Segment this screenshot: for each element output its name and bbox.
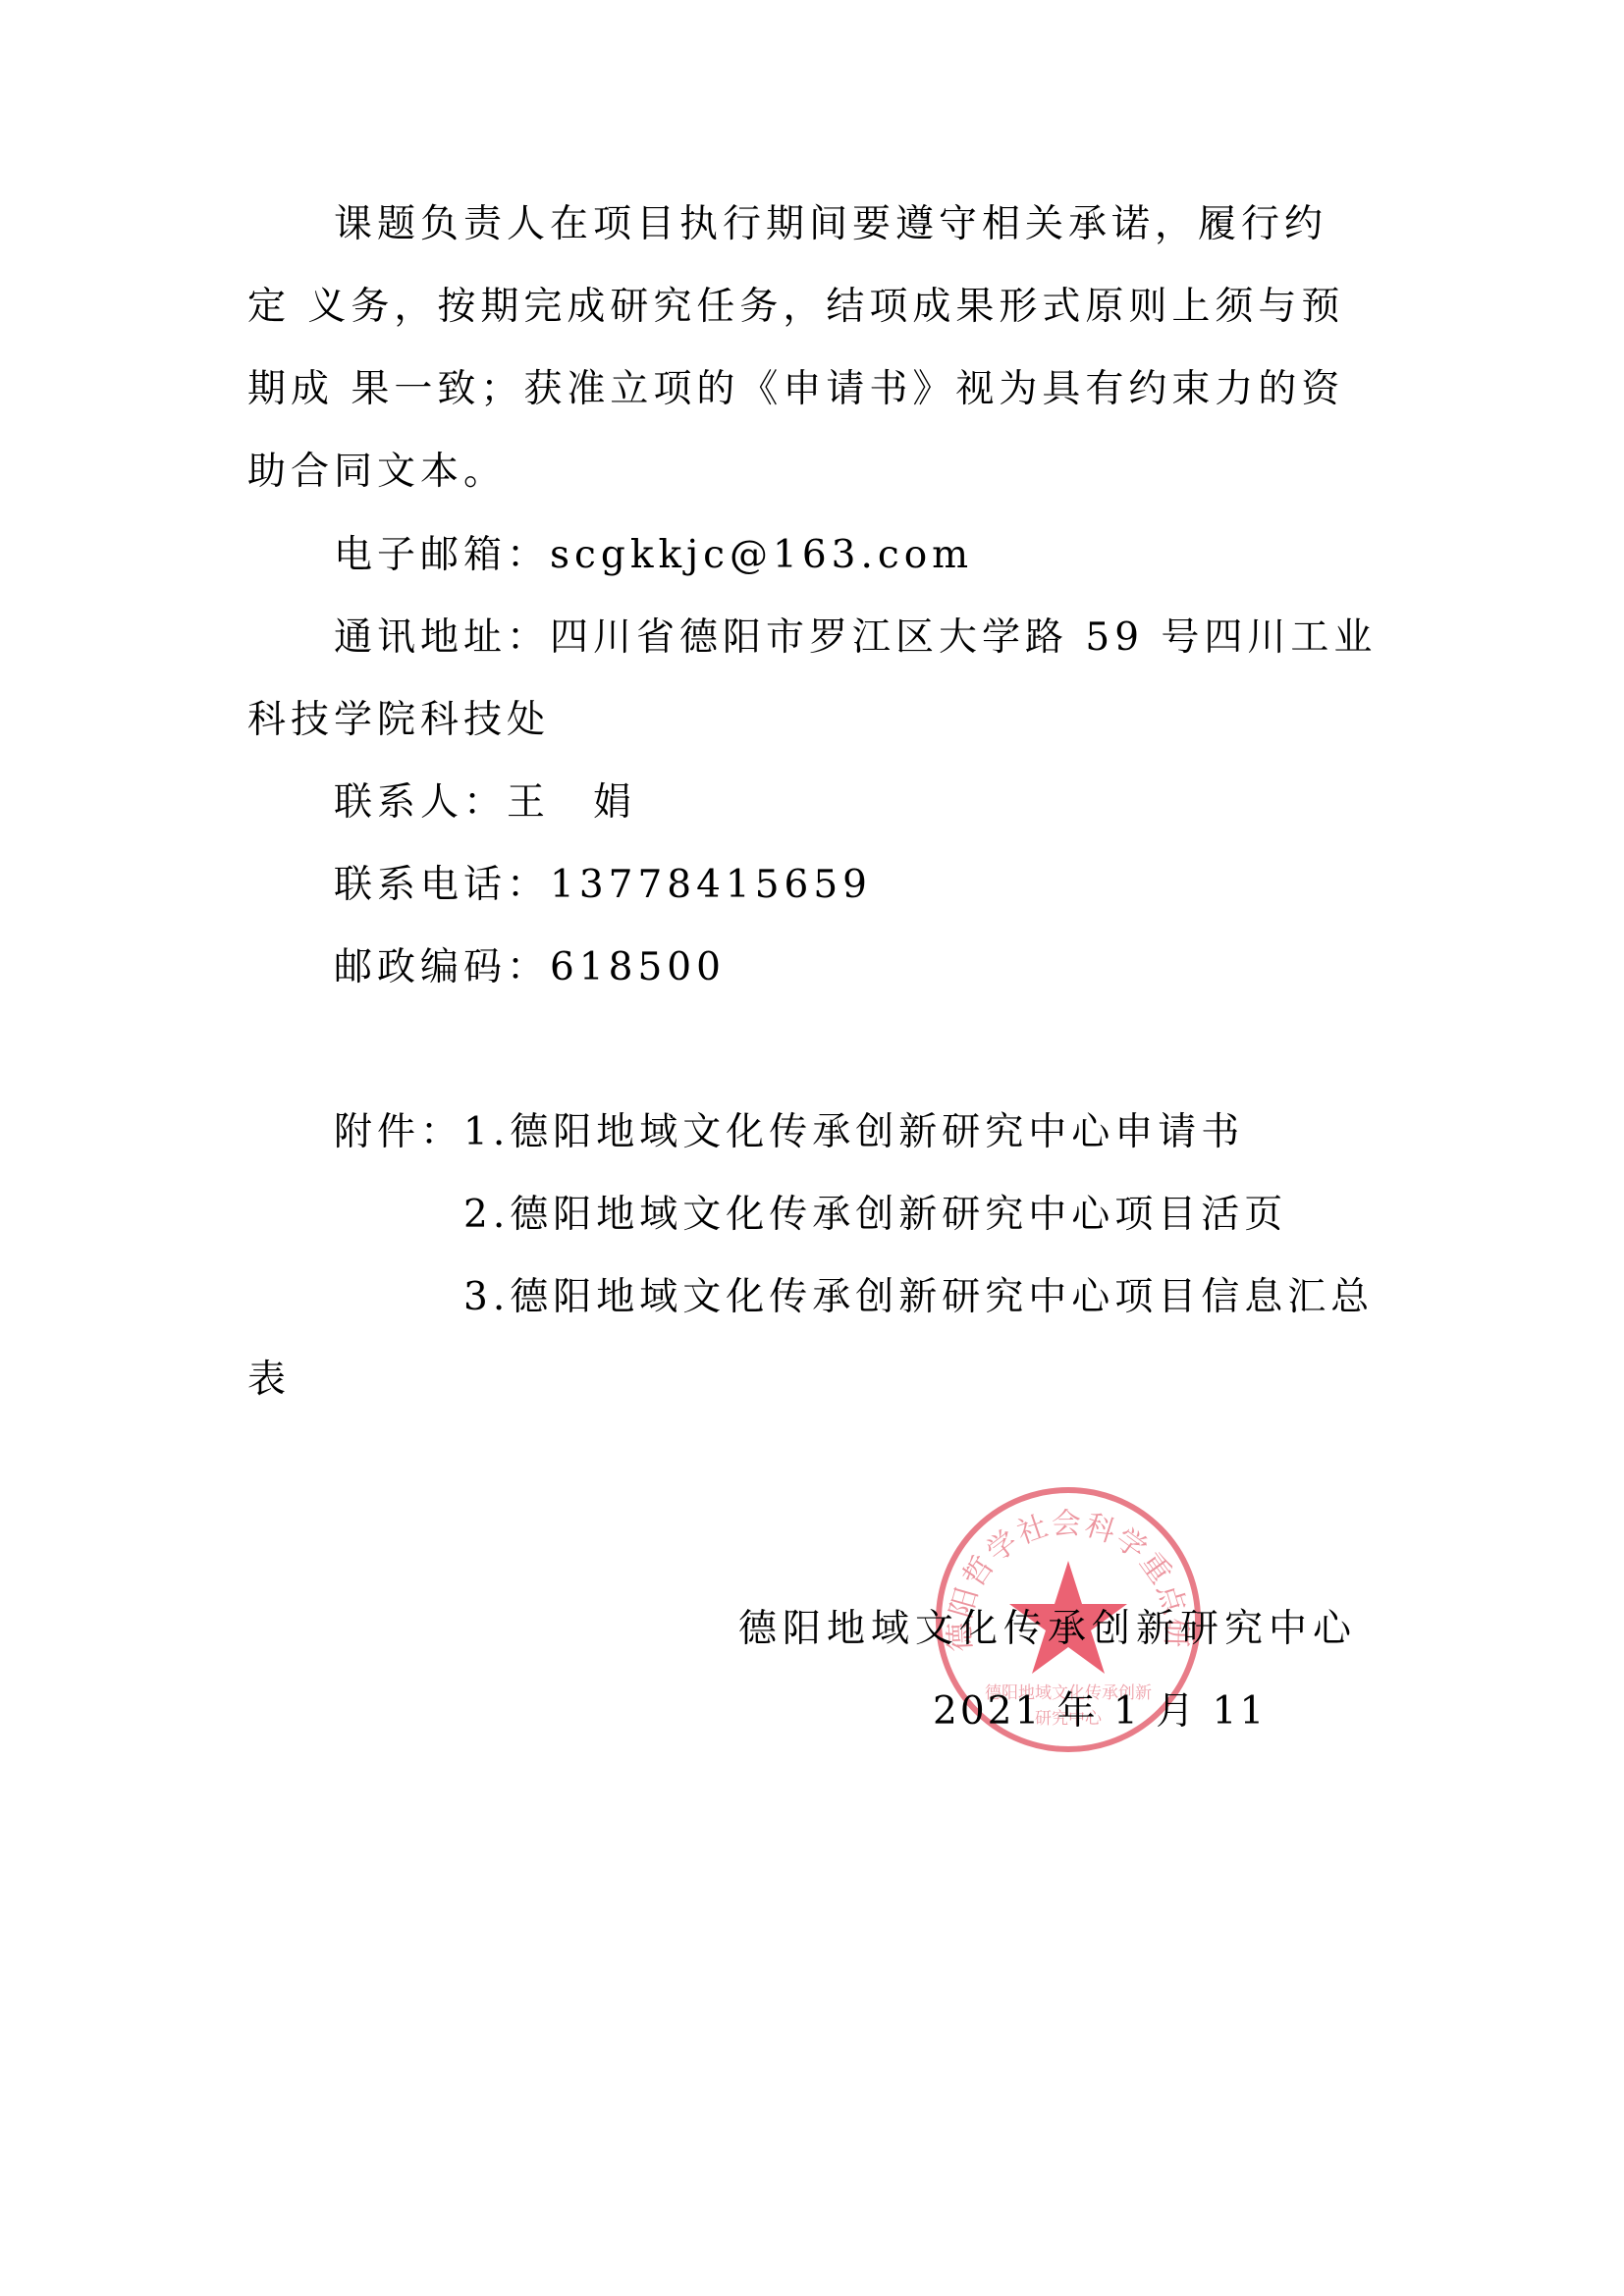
address-line-2: 科技学院科技处 bbox=[247, 697, 550, 744]
attachment-item-3: 3.德阳地域文化传承创新研究中心项目信息汇总 bbox=[247, 1274, 1374, 1321]
paragraph-line-4: 助合同文本。 bbox=[247, 449, 507, 496]
attachment-item-1: 附件：1.德阳地域文化传承创新研究中心申请书 bbox=[247, 1109, 1244, 1156]
email-line: 电子邮箱：scgkkjc@163.com bbox=[247, 532, 973, 579]
contact-line: 联系人：王 娟 bbox=[247, 779, 636, 827]
phone-line: 联系电话：13778415659 bbox=[247, 862, 872, 909]
address-line-1: 通讯地址：四川省德阳市罗江区大学路 59 号四川工业 bbox=[247, 614, 1377, 662]
paragraph-line-1: 课题负责人在项目执行期间要遵守相关承诺，履行约 bbox=[247, 201, 1327, 248]
signature-date: 2021 年 1 月 11 bbox=[933, 1688, 1267, 1735]
paragraph-line-2: 定 义务，按期完成研究任务，结项成果形式原则上须与预 bbox=[247, 284, 1344, 331]
attachment-item-3-cont: 表 bbox=[247, 1357, 291, 1404]
postcode-line: 邮政编码：618500 bbox=[247, 944, 726, 991]
attachment-item-2: 2.德阳地域文化传承创新研究中心项目活页 bbox=[247, 1192, 1287, 1239]
signature-org: 德阳地域文化传承创新研究中心 bbox=[738, 1606, 1357, 1653]
paragraph-line-3: 期成 果一致；获准立项的《申请书》视为具有约束力的资 bbox=[247, 366, 1344, 413]
